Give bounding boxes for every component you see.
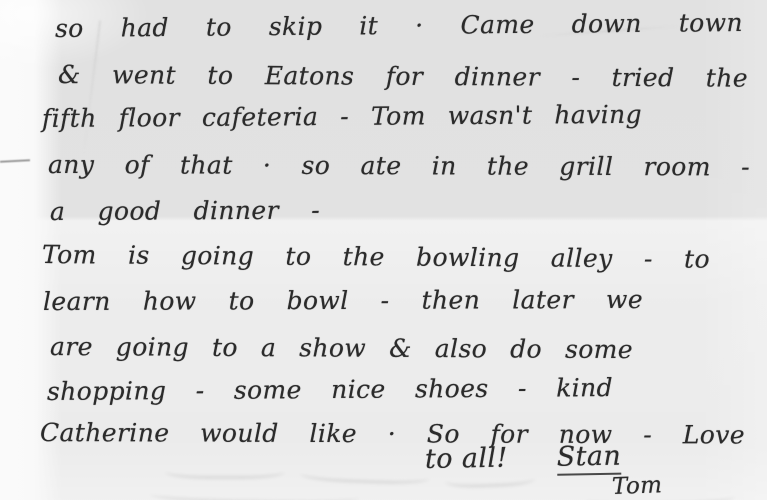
show-through-mark: [300, 464, 431, 486]
show-through-mark: [150, 484, 360, 500]
letter-line: shopping - some nice shoes - kind: [47, 373, 613, 407]
signature-stan: Stan: [556, 441, 621, 476]
signature-tom: Tom: [612, 472, 663, 500]
letter-line: so had to skip it · Came down town: [55, 8, 743, 44]
letter-line: a good dinner -: [50, 196, 320, 227]
letter-line: any of that · so ate in the grill room -: [48, 150, 750, 182]
letter-line: learn how to bowl - then later we: [43, 285, 643, 317]
letter-line: & went to Eatons for dinner - tried the: [58, 60, 748, 94]
letter-line: fifth floor cafeteria - Tom wasn't havin…: [42, 100, 642, 134]
letter-line: Tom is going to the bowling alley - to: [42, 240, 710, 275]
letter-page: so had to skip it · Came down town & wen…: [0, 0, 767, 500]
letter-line: Catherine would like · So for now - Love: [40, 418, 745, 450]
letter-line: are going to a show & also do some: [50, 332, 633, 365]
letter-closing-row: to all! Stan: [425, 441, 622, 475]
crease-mark: [0, 159, 30, 163]
show-through-mark: [165, 462, 285, 479]
letter-closing: to all!: [425, 443, 508, 475]
